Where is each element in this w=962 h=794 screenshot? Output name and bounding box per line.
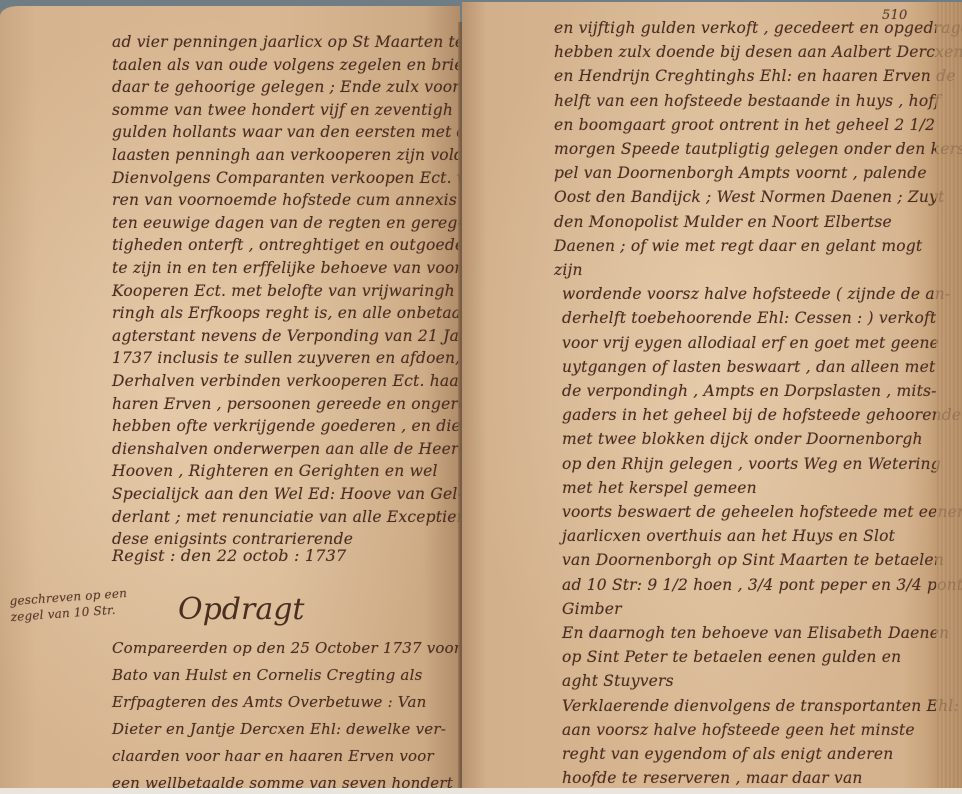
text-line: tigheden onterft , ontreghtiget en outgo… [112,235,460,255]
text-line: taalen als van oude volgens zegelen en b… [112,55,460,75]
entry-heading: Opdragt [178,592,305,627]
text-line: ad vier penningen jaarlicx op St Maarten… [112,32,460,52]
text-line: en vijftigh gulden verkoft , gecedeert e… [554,18,962,38]
text-line: voor vrij eygen allodiaal erf en goet me… [562,333,939,353]
text-line: claarden voor haar en haaren Erven voor [112,746,434,766]
text-line: de verpondingh , Ampts en Dorpslasten , … [562,381,937,401]
text-line: aan voorsz halve hofsteede geen het mins… [562,720,915,740]
text-line: reght van eygendom of als enigt anderen [562,744,893,764]
text-line: ringh als Erfkoops reght is, en alle onb… [112,303,460,323]
text-line: morgen Speede tautpligtig gelegen onder … [554,139,962,159]
text-line: uytgangen of lasten beswaart , dan allee… [562,357,935,377]
text-line: wordende voorsz halve hofsteede ( zijnde… [562,284,950,304]
text-line: Hooven , Righteren en Gerighten en wel [112,461,438,481]
text-line: Dienvolgens Comparanten verkoopen Ect. v… [112,168,460,188]
text-line: met twee blokken dijck onder Doornenborg… [562,429,923,449]
left-page: ad vier penningen jaarlicx op St Maarten… [0,6,460,794]
text-line: gulden hollants waar van den eersten met… [112,122,460,142]
text-line: Daenen ; of wie met regt daar en gelant … [554,236,922,256]
text-line: Specialijck aan den Wel Ed: Hoove van Ge… [112,484,460,504]
text-line: 1737 inclusis te sullen zuyveren en afdo… [112,348,460,368]
text-line: somme van twee hondert vijf en zeventigh [112,100,453,120]
text-line: zijn [554,260,583,280]
text-line: Kooperen Ect. met belofte van vrijwaring… [112,281,460,301]
page-edge [936,2,962,794]
text-line: ad 10 Str: 9 1/2 hoen , 3/4 pont peper e… [562,575,962,595]
right-page: 510 en vijftigh gulden verkoft , gecedee… [462,2,962,794]
margin-note: geschreven op een zegel van 10 Str. [9,585,129,625]
text-line: op Sint Peter te betaelen eenen gulden e… [562,647,901,667]
text-line: gaders in het geheel bij de hofsteede ge… [562,405,961,425]
text-line: voorts beswaert de geheelen hofsteede me… [562,502,962,522]
text-line: helft van een hofsteede bestaande in huy… [554,91,940,111]
text-line: haren Erven , persoonen gereede en onger… [112,394,460,414]
text-line: Compareerden op den 25 October 1737 voor [112,638,460,658]
text-line: met het kerspel gemeen [562,478,757,498]
text-line: Dieter en Jantje Dercxen Ehl: dewelke ve… [112,719,446,739]
text-line: ren van voornoemde hofstede cum annexis [112,190,457,210]
text-line: aght Stuyvers [562,671,674,691]
text-line: pel van Doornenborgh Ampts voornt , pale… [554,163,927,183]
text-line: op den Rhijn gelegen , voorts Weg en Wet… [562,454,941,474]
text-line: Bato van Hulst en Cornelis Cregting als [112,665,422,685]
open-ledger-book: ad vier penningen jaarlicx op St Maarten… [0,0,962,794]
text-line: derhelft toebehoorende Ehl: Cessen : ) v… [562,308,936,328]
text-line: hoofde te reserveren , maar daar van [562,768,863,788]
text-line: den Monopolist Mulder en Noort Elbertse [554,212,892,232]
bottom-margin [0,788,962,794]
text-line: Verklaerende dienvolgens de transportant… [562,696,959,716]
text-line: ten eeuwige dagen van de regten en gereg… [112,213,460,233]
text-line: en boomgaart groot ontrent in het geheel… [554,115,935,135]
text-line: agterstant nevens de Verponding van 21 J… [112,326,460,346]
text-line: Derhalven verbinden verkooperen Ect. haa… [112,371,460,391]
text-line: Erfpagteren des Amts Overbetuwe : Van [112,692,426,712]
registration-note: Regist : den 22 octob : 1737 [112,546,346,566]
text-line: Oost den Bandijck ; West Normen Daenen ;… [554,187,944,207]
text-line: dienshalven onderwerpen aan alle de Heer… [112,439,460,459]
text-line: hebben ofte verkrijgende goederen , en d… [112,416,460,436]
text-line: Gimber [562,599,622,619]
text-line: van Doornenborgh op Sint Maarten te beta… [562,550,944,570]
text-line: jaarlicxen overthuis aan het Huys en Slo… [562,526,895,546]
text-line: derlant ; met renunciatie van alle Excep… [112,507,460,527]
text-line: laasten penningh aan verkooperen zijn vo… [112,145,460,165]
text-line: daar te gehoorige gelegen ; Ende zulx vo… [112,77,460,97]
text-line: hebben zulx doende bij desen aan Aalbert… [554,42,962,62]
text-line: En daarnogh ten behoeve van Elisabeth Da… [562,623,949,643]
text-line: en Hendrijn Creghtinghs Ehl: en haaren E… [554,66,956,86]
text-line: te zijn in en ten erffelijke behoeve van… [112,258,460,278]
